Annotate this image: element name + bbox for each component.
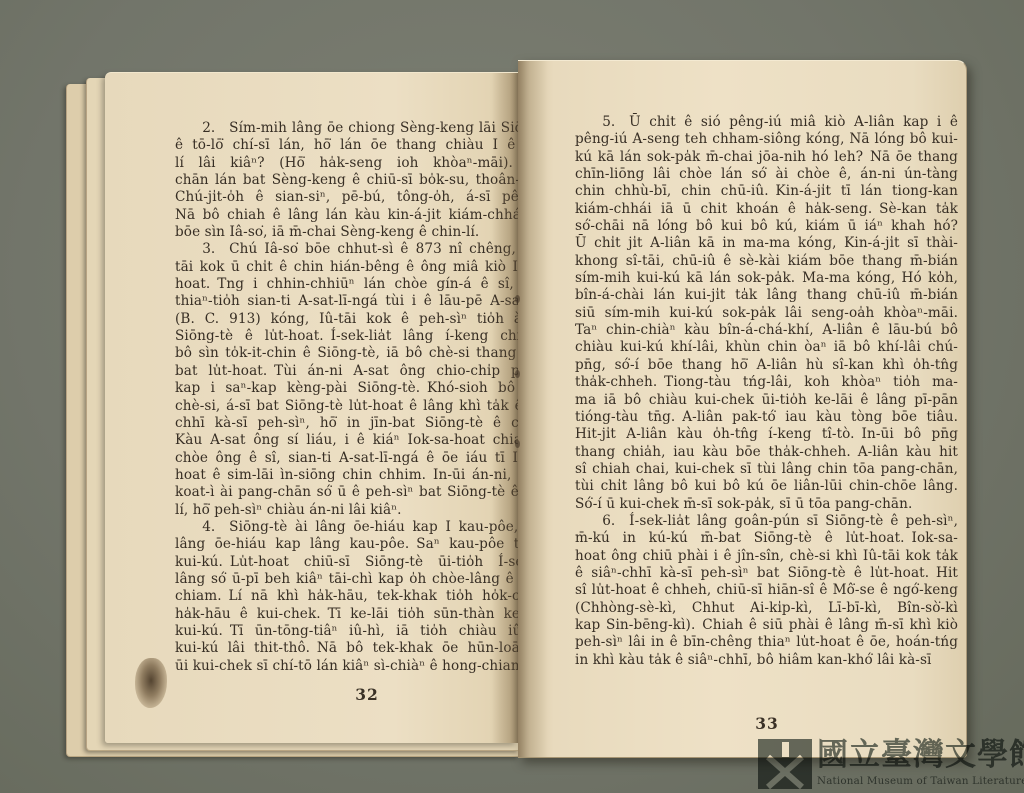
text-line: bîn-á-chài lán kui-ji̍t ta̍k lâng thang … — [575, 287, 958, 304]
museum-name-chinese: 國立臺灣文學館 — [817, 735, 1022, 775]
text-line: thiaⁿ-tio̍h sian-ti A-sat-lī-ngá tùi i ê… — [175, 293, 559, 310]
text-line: siū sím-mih kui-kú sok-pa̍k lâi seng-oa̍… — [575, 305, 958, 322]
text-line: ê siâⁿ-chhī kà-sī peh-sìⁿ bat Siōng-tè ê… — [575, 565, 958, 582]
text-line: sî lu̍t-hoat ê chheh, chiū-sī hiān-sî ê … — [575, 582, 958, 599]
ink-stain — [135, 658, 167, 708]
text-line: kiám-chhái iā ū chit khoán ê ha̍k-seng. … — [575, 201, 958, 218]
text-line: ha̍k-hāu ê kui-chek. Tī ke-lāi tio̍h sūn… — [175, 606, 559, 623]
text-line: chin chhù-bī, chin chū-iû. Kin-á-ji̍t tī… — [575, 183, 958, 200]
text-line: Ū chi̍t ji̍t A-liân kā in ma-ma kóng, Ki… — [575, 235, 958, 252]
text-line: kap i saⁿ-kap kèng-pài Siōng-tè. Khó-sio… — [175, 380, 559, 397]
text-line: (B. C. 913) kóng, Iû-tāi kok ê peh-sìⁿ t… — [175, 311, 559, 328]
text-line: lâng ōe-hiáu kap lâng kau-pôe. Saⁿ kau-p… — [175, 536, 559, 553]
text-line: tāi kok ū chi̍t ê chin hián-bêng ê ông m… — [175, 259, 559, 276]
text-line: kui-kú. Tī ūn-tōng-tiâⁿ iû-hì, iā tio̍h … — [175, 623, 559, 640]
text-line: Hit-ji̍t A-liân kàu o̍h-tn̂g í-keng tî-t… — [575, 426, 958, 443]
text-line: ma iā bô chiàu kui-chek ūi-tio̍h ke-lāi … — [575, 392, 958, 409]
text-line: 3. Chú Iâ-so͘ bōe chhut-sì ê 873 nî chên… — [175, 241, 559, 258]
text-line: Só͘-í ū kui-chek m̄-sī sok-pa̍k, sī ū tō… — [575, 496, 958, 513]
text-line: 6. Í-sek-lia̍t lâng goân-pún sī Siōng-tè… — [575, 513, 958, 530]
text-line: kui-kú. Lu̍t-hoat chiū-sī Siōng-tè ūi-ti… — [175, 554, 559, 571]
text-line: tha̍k-chheh. Tiong-tàu tńg-lâi, koh khòa… — [575, 374, 958, 391]
text-line: chiam. Lí nā khì ha̍k-hāu, tek-khak tio̍… — [175, 588, 559, 605]
text-line: chān lán bat Sèng-keng ê chiū-sī bo̍k-su… — [175, 172, 559, 189]
text-line: kap Sin-bēng-kì). Chiah ê siū phài ê lân… — [575, 617, 958, 634]
text-line: chhī kà-sī peh-sìⁿ, hō͘ in jīn-bat Siōng… — [175, 415, 559, 432]
paragraph: 5. Ū chi̍t ê sió pêng-iú miâ kiò A-liân … — [575, 114, 958, 513]
museum-name-english: National Museum of Taiwan Literature — [817, 775, 1022, 787]
gutter-shadow-right — [518, 61, 548, 757]
text-line: lâng só͘ ū-pī beh kiâⁿ tāi-chì kap o̍h c… — [175, 571, 559, 588]
paragraph: 4. Siōng-tè ài lâng ōe-hiáu kap I kau-pô… — [175, 519, 559, 675]
text-line: chiàu kui-kú khí-lâi, khùn chin òaⁿ iā b… — [575, 339, 958, 356]
text-line: ê tō-lō͘ chí-sī lán, hō͘ lán ōe thang ch… — [175, 137, 559, 154]
paragraph: 6. Í-sek-lia̍t lâng goân-pún sī Siōng-tè… — [575, 513, 958, 669]
paragraph: 3. Chú Iâ-so͘ bōe chhut-sì ê 873 nî chên… — [175, 241, 559, 519]
photo-of-open-book: { "book": { "left_page": { "page_number"… — [0, 0, 1024, 793]
text-line: sím-mih kui-kú kā lán sok-pa̍k. Ma-ma kó… — [575, 270, 958, 287]
text-line: 5. Ū chi̍t ê sió pêng-iú miâ kiò A-liân … — [575, 114, 958, 131]
text-line: m̄-kú in kú-kú m̄-bat Siōng-tè ê lu̍t-ho… — [575, 530, 958, 547]
text-line: Nā bô chiah ê lâng lán kàu kin-á-jit kiá… — [175, 207, 559, 224]
text-line: Siōng-tè ê lu̍t-hoat. Í-sek-lia̍t lâng í… — [175, 328, 559, 345]
text-line: hoat ông chiū phài i ê jîn-sîn, chè-si k… — [575, 548, 958, 565]
right-page-text: 5. Ū chi̍t ê sió pêng-iú miâ kiò A-liân … — [575, 114, 958, 669]
text-line: pn̄g, só͘-í bōe thang hō͘ A-liân hù sî-k… — [575, 357, 958, 374]
text-line: sî chiah chai, kui-chek sī tùi lâng chin… — [575, 461, 958, 478]
text-line: Kàu A-sat ông sí liáu, i ê kiáⁿ Iok-sa-h… — [175, 432, 559, 449]
left-page-text: 2. Sím-mih lâng ōe chiong Sèng-keng lāi … — [175, 120, 559, 675]
text-line: 2. Sím-mih lâng ōe chiong Sèng-keng lāi … — [175, 120, 559, 137]
right-page: 5. Ū chi̍t ê sió pêng-iú miâ kiò A-liân … — [518, 60, 967, 758]
text-line: kú kā lán sok-pa̍k m̄-chai jōa-nih hó le… — [575, 149, 958, 166]
text-line: bōe sìn Iâ-so͘, iā m̄-chai Sèng-keng ê c… — [175, 224, 559, 241]
text-line: koat-ì ài pang-chān só͘ ū ê peh-sìⁿ bat … — [175, 484, 559, 501]
text-line: (Chhòng-sè-kì, Chhut Ai-ki̍p-kì, Lī-bī-k… — [575, 600, 958, 617]
text-line: pêng-iú A-seng teh chham-siông kóng, Nā … — [575, 131, 958, 148]
binding-stitch — [515, 370, 520, 378]
right-page-number: 33 — [575, 714, 959, 733]
text-line: lí lâi kiâⁿ? (Hō͘ ha̍k-seng ioh khòaⁿ-mā… — [175, 155, 559, 172]
museum-logo-icon — [758, 739, 812, 789]
text-line: chòe ông ê sî, sian-ti A-sat-lī-ngá ê ōe… — [175, 450, 559, 467]
left-page: 2. Sím-mih lâng ōe chiong Sèng-keng lāi … — [105, 72, 518, 743]
paragraph: 2. Sím-mih lâng ōe chiong Sèng-keng lāi … — [175, 120, 559, 241]
book: 2. Sím-mih lâng ōe chiong Sèng-keng lāi … — [60, 55, 965, 767]
text-line: Chú-ji̍t-o̍h ê sian-siⁿ, pē-bú, tông-o̍h… — [175, 189, 559, 206]
text-line: thang chia̍h, iau kàu bōe tha̍k-chheh. A… — [575, 444, 958, 461]
text-line: 4. Siōng-tè ài lâng ōe-hiáu kap I kau-pô… — [175, 519, 559, 536]
text-line: lí, hō͘ peh-sìⁿ chiàu án-ni lâi kiâⁿ. — [175, 502, 559, 519]
text-line: chè-si, á-sī bat Siōng-tè lu̍t-hoat ê lâ… — [175, 398, 559, 415]
museum-watermark: 國立臺灣文學館 National Museum of Taiwan Litera… — [754, 735, 1024, 793]
text-line: khong sî-tāi, chū-iû ê sè-kài kiám bōe t… — [575, 253, 958, 270]
text-line: chīn-liōng lâi chòe lán só͘ ài chòe ê, á… — [575, 166, 958, 183]
text-line: in khì kàu ta̍k ê siâⁿ-chhī, bô hiâm kan… — [575, 652, 958, 669]
text-line: peh-sìⁿ lâi in ê bīn-chêng thiaⁿ lu̍t-ho… — [575, 634, 958, 651]
text-line: só͘-chāi nā lóng bô kui bô kú, kiám ū iá… — [575, 218, 958, 235]
left-page-number: 32 — [175, 685, 559, 704]
binding-stitch — [515, 440, 520, 448]
text-line: ūi kui-chek sī chí-tō lán kiâⁿ sì-chiàⁿ … — [175, 658, 559, 675]
binding-stitch — [515, 295, 520, 303]
text-line: kui-kú lâi thit-thô. Nā bô tek-khak ōe h… — [175, 640, 559, 657]
text-line: hoat. Tng i chhin-chhiūⁿ lán chòe gín-á … — [175, 276, 559, 293]
text-line: Taⁿ chin-chiàⁿ kàu bîn-á-chá-khí, A-liân… — [575, 322, 958, 339]
text-line: hoat ê sim-lāi ìn-siōng chin chhim. In-ū… — [175, 467, 559, 484]
text-line: bô sìn to̍k-it-chin ê Siōng-tè, iā bô ch… — [175, 345, 559, 362]
text-line: bat lu̍t-hoat. Tùi án-ni A-sat ông chio-… — [175, 363, 559, 380]
text-line: tióng-tàu tn̄g. A-liân pak-tó͘ iau kàu t… — [575, 409, 958, 426]
text-line: tùi chi̍t lâng bô kui bô kú ōe liân-lūi … — [575, 478, 958, 495]
